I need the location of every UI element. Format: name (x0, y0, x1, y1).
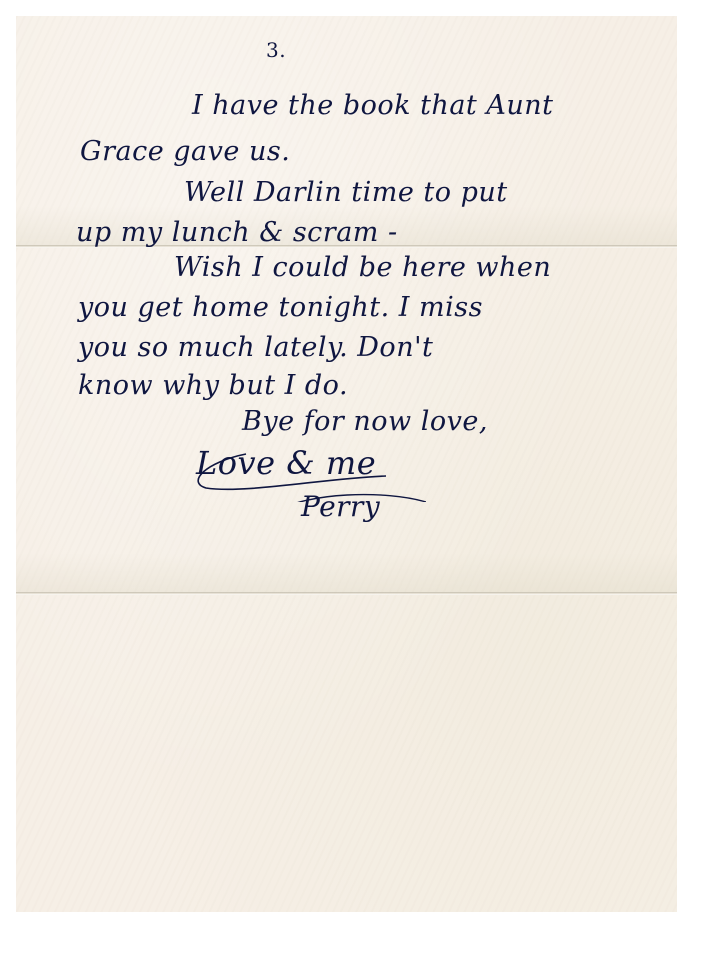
fold-shadow (16, 553, 677, 593)
letter-line: you get home tonight. I miss (78, 294, 483, 321)
signature-flourish (186, 442, 426, 502)
letter-line: know why but I do. (78, 372, 348, 399)
letter-line: I have the book that Aunt (192, 92, 553, 119)
fold-crease (16, 592, 677, 595)
letter-line: Grace gave us. (80, 138, 290, 165)
letter-line: Well Darlin time to put (184, 179, 508, 206)
letter-line: Bye for now love, (242, 408, 488, 435)
letter-page: 3. I have the book that Aunt Grace gave … (16, 16, 677, 912)
page-number: 3. (266, 38, 286, 62)
letter-line: you so much lately. Don't (78, 334, 433, 361)
letter-line: Wish I could be here when (174, 254, 551, 281)
letter-line: up my lunch & scram - (76, 219, 398, 246)
